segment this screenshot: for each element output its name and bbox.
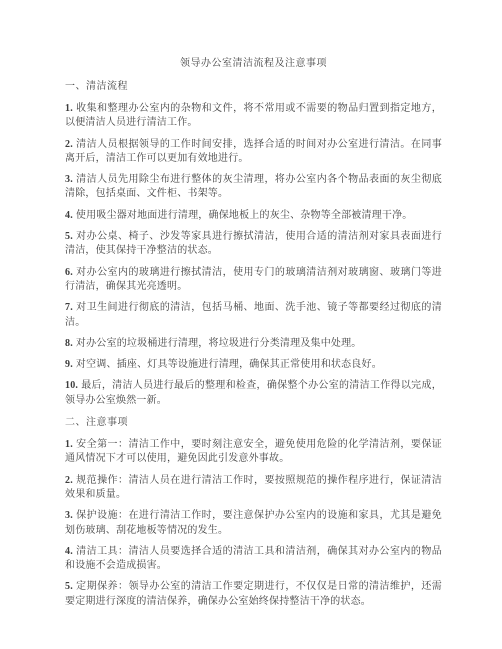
item-number: 3.: [65, 510, 73, 521]
list-item: 6.对办公室内的玻璃进行擦拭清洁，使用专门的玻璃清洁剂对玻璃窗、玻璃门等进行清洁…: [65, 266, 442, 295]
item-text: 对办公桌、椅子、沙发等家具进行擦拭清洁，使用合适的清洁剂对家具表面进行清洁，使其…: [65, 231, 442, 256]
item-text: 规范操作：清洁人员在进行清洁工作时，要按照规范的操作程序进行，保证清洁效果和质量…: [65, 475, 442, 500]
document-page: 领导办公室清洁流程及注意事项 一、清洁流程 1.收集和整理办公室内的杂物和文件，…: [0, 0, 502, 649]
list-item: 5.定期保养：领导办公室的清洁工作要定期进行，不仅仅是日常的清洁维护，还需要定期…: [65, 580, 442, 609]
list-item: 1.安全第一：清洁工作中，要时刻注意安全，避免使用危险的化学清洁剂，要保证通风情…: [65, 438, 442, 467]
item-number: 4.: [65, 210, 73, 221]
item-number: 5.: [65, 581, 73, 592]
item-text: 对办公室的垃圾桶进行清理，将垃圾进行分类清理及集中处理。: [76, 338, 362, 349]
item-number: 8.: [65, 338, 73, 349]
item-text: 最后，清洁人员进行最后的整理和检查，确保整个办公室的清洁工作得以完成，领导办公室…: [65, 380, 442, 405]
list-item: 8.对办公室的垃圾桶进行清理，将垃圾进行分类清理及集中处理。: [65, 337, 442, 351]
list-item: 10.最后，清洁人员进行最后的整理和检查，确保整个办公室的清洁工作得以完成，领导…: [65, 379, 442, 408]
list-item: 1.收集和整理办公室内的杂物和文件，将不常用或不需要的物品归置到指定地方，以便清…: [65, 102, 442, 131]
item-number: 3.: [65, 174, 73, 185]
item-text: 对空调、插座、灯具等设施进行清理，确保其正常使用和状态良好。: [76, 359, 382, 370]
list-item: 4.清洁工具：清洁人员要选择合适的清洁工具和清洁剂，确保其对办公室内的物品和设施…: [65, 545, 442, 574]
list-item: 2.规范操作：清洁人员在进行清洁工作时，要按照规范的操作程序进行，保证清洁效果和…: [65, 474, 442, 503]
item-text: 对办公室内的玻璃进行擦拭清洁，使用专门的玻璃清洁剂对玻璃窗、玻璃门等进行清洁，确…: [65, 267, 442, 292]
item-text: 清洁人员根据领导的工作时间安排，选择合适的时间对办公室进行清洁。在同事离开后，清…: [65, 139, 442, 164]
item-number: 9.: [65, 359, 73, 370]
list-item: 9.对空调、插座、灯具等设施进行清理，确保其正常使用和状态良好。: [65, 358, 442, 372]
list-item: 3.清洁人员先用除尘布进行整体的灰尘清理，将办公室内各个物品表面的灰尘彻底清除，…: [65, 173, 442, 202]
item-text: 定期保养：领导办公室的清洁工作要定期进行，不仅仅是日常的清洁维护，还需要定期进行…: [65, 581, 442, 606]
list-item: 4.使用吸尘器对地面进行清理，确保地板上的灰尘、杂物等全部被清理干净。: [65, 209, 442, 223]
item-number: 2.: [65, 475, 73, 486]
item-text: 清洁人员先用除尘布进行整体的灰尘清理，将办公室内各个物品表面的灰尘彻底清除，包括…: [65, 174, 442, 199]
item-number: 7.: [65, 302, 73, 313]
list-item: 3.保护设施：在进行清洁工作时，要注意保护办公室内的设施和家具，尤其是避免划伤玻…: [65, 509, 442, 538]
item-number: 10.: [65, 380, 78, 391]
item-number: 1.: [65, 439, 73, 450]
document-title: 领导办公室清洁流程及注意事项: [65, 56, 442, 72]
item-text: 对卫生间进行彻底的清洁，包括马桶、地面、洗手池、镜子等都要经过彻底的清洁。: [65, 302, 442, 327]
item-text: 安全第一：清洁工作中，要时刻注意安全，避免使用危险的化学清洁剂，要保证通风情况下…: [65, 439, 442, 464]
section-heading-precautions: 二、注意事项: [65, 416, 442, 430]
item-number: 6.: [65, 267, 73, 278]
item-text: 收集和整理办公室内的杂物和文件，将不常用或不需要的物品归置到指定地方，以便清洁人…: [65, 103, 442, 128]
list-item: 5.对办公桌、椅子、沙发等家具进行擦拭清洁，使用合适的清洁剂对家具表面进行清洁，…: [65, 230, 442, 259]
item-number: 5.: [65, 231, 73, 242]
list-item: 2.清洁人员根据领导的工作时间安排，选择合适的时间对办公室进行清洁。在同事离开后…: [65, 138, 442, 167]
item-number: 4.: [65, 546, 73, 557]
item-text: 使用吸尘器对地面进行清理，确保地板上的灰尘、杂物等全部被清理干净。: [76, 210, 413, 221]
section-heading-cleaning-process: 一、清洁流程: [65, 80, 442, 94]
item-number: 2.: [65, 139, 73, 150]
item-text: 保护设施：在进行清洁工作时，要注意保护办公室内的设施和家具，尤其是避免划伤玻璃、…: [65, 510, 442, 535]
list-item: 7.对卫生间进行彻底的清洁，包括马桶、地面、洗手池、镜子等都要经过彻底的清洁。: [65, 301, 442, 330]
item-number: 1.: [65, 103, 73, 114]
item-text: 清洁工具：清洁人员要选择合适的清洁工具和清洁剂，确保其对办公室内的物品和设施不会…: [65, 546, 442, 571]
